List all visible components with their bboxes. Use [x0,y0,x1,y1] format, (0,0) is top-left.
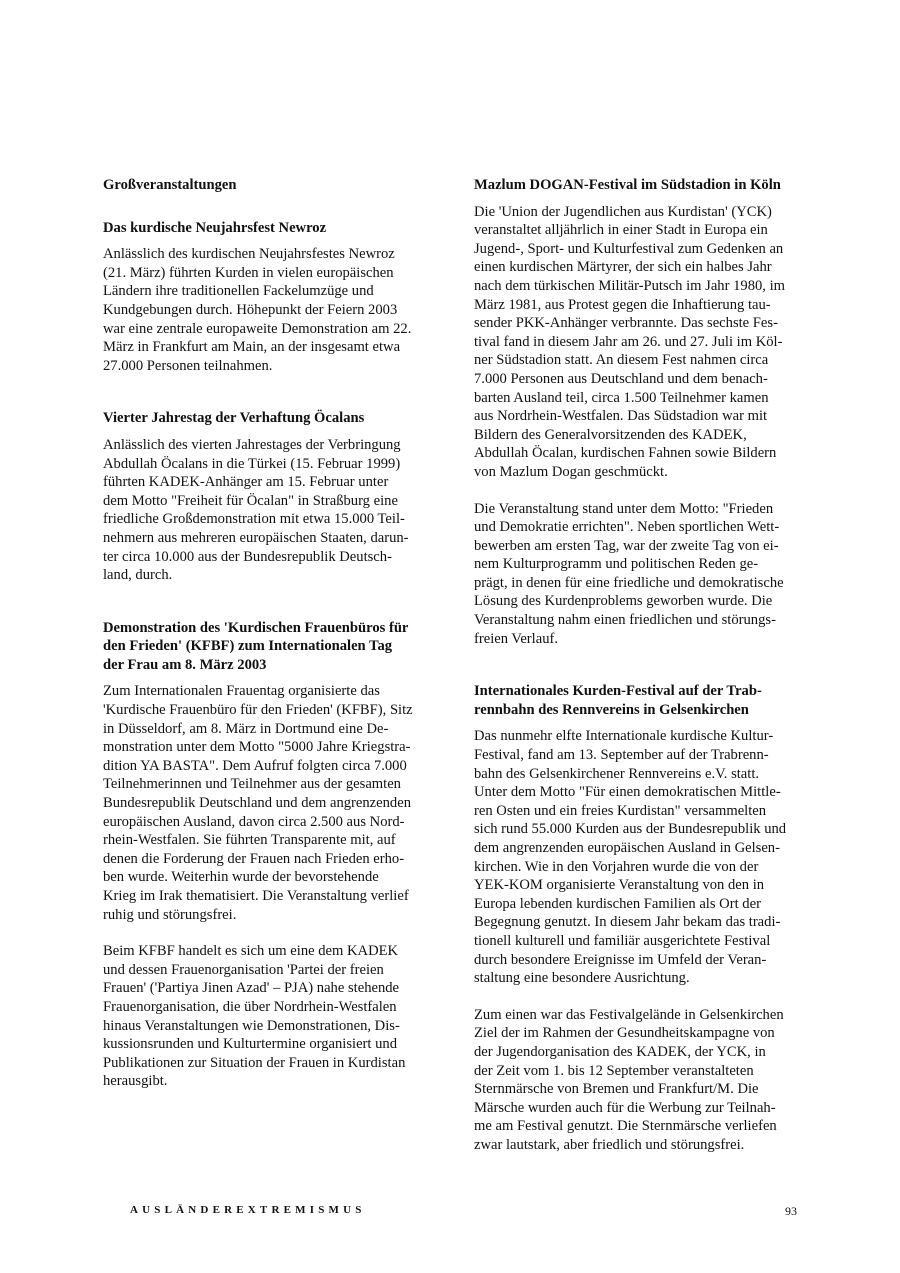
article-paragraph: Anlässlich des kurdischen Neujahrsfestes… [103,245,433,375]
text-line: Frauenorganisation, die über Nordrhein-W… [103,998,433,1017]
text-line: Abdullah Öcalans in die Türkei (15. Febr… [103,455,433,474]
text-line: ruhig und störungsfrei. [103,906,433,925]
article-gelsenkirchen-festival: Internationales Kurden-Festival auf der … [474,682,804,1154]
text-line: aus Nordrhein-Westfalen. Das Südstadion … [474,407,804,426]
text-line: der Frau am 8. März 2003 [103,656,433,675]
text-line: veranstaltet alljährlich in einer Stadt … [474,221,804,240]
article-paragraph: Das nunmehr elfte Internationale kurdisc… [474,727,804,987]
article-oecalan-anniversary: Vierter Jahrestag der Verhaftung Öcalans… [103,409,433,584]
text-line: durch besondere Ereignisse im Umfeld der… [474,951,804,970]
text-line: Publikationen zur Situation der Frauen i… [103,1054,433,1073]
text-line: bewerben am ersten Tag, war der zweite T… [474,537,804,556]
text-line: Krieg im Irak thematisiert. Die Veransta… [103,887,433,906]
article-paragraph: Zum Internationalen Frauentag organisier… [103,682,433,924]
text-line: denen die Forderung der Frauen nach Frie… [103,850,433,869]
text-line: Frauen' ('Partiya Jinen Azad' – PJA) nah… [103,979,433,998]
text-line: 7.000 Personen aus Deutschland und dem b… [474,370,804,389]
text-line: den Frieden' (KFBF) zum Internationalen … [103,637,433,656]
right-column: Mazlum DOGAN-Festival im Südstadion in K… [474,176,804,1155]
text-line: Bildern des Generalvorsitzenden des KADE… [474,426,804,445]
article-heading: Internationales Kurden-Festival auf der … [474,682,804,719]
article-heading: Demonstration des 'Kurdischen Frauenbüro… [103,619,433,675]
text-line: Veranstaltung nahm einen friedlichen und… [474,611,804,630]
text-line: Bundesrepublik Deutschland und dem angre… [103,794,433,813]
page-number: 93 [785,1204,797,1219]
article-newroz: Das kurdische Neujahrsfest Newroz Anläss… [103,219,433,376]
text-line: Das nunmehr elfte Internationale kurdisc… [474,727,804,746]
text-line: friedliche Großdemonstration mit etwa 15… [103,510,433,529]
text-line: Abdullah Öcalan, kurdischen Fahnen sowie… [474,444,804,463]
text-line: Anlässlich des kurdischen Neujahrsfestes… [103,245,433,264]
article-mazlum-dogan-festival: Mazlum DOGAN-Festival im Südstadion in K… [474,176,804,648]
article-paragraph: Beim KFBF handelt es sich um eine dem KA… [103,942,433,1091]
running-footer-title: AUSLÄNDEREXTREMISMUS [130,1204,366,1216]
article-heading: Mazlum DOGAN-Festival im Südstadion in K… [474,176,804,195]
text-line: sender PKK-Anhänger verbrannte. Das sech… [474,314,804,333]
text-line: in Düsseldorf, am 8. März in Dortmund ei… [103,720,433,739]
text-line: Teilnehmerinnen und Teilnehmer aus der g… [103,775,433,794]
article-kfbf-demonstration: Demonstration des 'Kurdischen Frauenbüro… [103,619,433,1091]
text-line: und dessen Frauenorganisation 'Partei de… [103,961,433,980]
text-line: kussionsrunden und Kulturtermine organis… [103,1035,433,1054]
text-line: zwar lautstark, aber friedlich und störu… [474,1136,804,1155]
section-title: Großveranstaltungen [103,176,433,195]
text-line: rennbahn des Rennvereins in Gelsenkirche… [474,701,804,720]
text-line: Kundgebungen durch. Höhepunkt der Feiern… [103,301,433,320]
text-line: 27.000 Personen teilnahmen. [103,357,433,376]
text-line: Ziel der im Rahmen der Gesundheitskampag… [474,1024,804,1043]
article-paragraph: Anlässlich des vierten Jahrestages der V… [103,436,433,585]
text-line: Anlässlich des vierten Jahrestages der V… [103,436,433,455]
text-line: me am Festival genutzt. Die Sternmärsche… [474,1117,804,1136]
text-line: Internationales Kurden-Festival auf der … [474,682,804,701]
text-line: März in Frankfurt am Main, an der insges… [103,338,433,357]
text-line: tival fand in diesem Jahr am 26. und 27.… [474,333,804,352]
text-line: bahn des Gelsenkirchener Rennvereins e.V… [474,765,804,784]
text-line: führten KADEK-Anhänger am 15. Februar un… [103,473,433,492]
text-line: Lösung des Kurdenproblems geworben wurde… [474,592,804,611]
text-line: hinaus Veranstaltungen wie Demonstration… [103,1017,433,1036]
left-column: Großveranstaltungen Das kurdische Neujah… [103,176,433,1091]
text-line: Festival, fand am 13. September auf der … [474,746,804,765]
text-line: März 1981, aus Protest gegen die Inhafti… [474,296,804,315]
text-line: Märsche wurden auch für die Werbung zur … [474,1099,804,1118]
text-line: Sternmärsche von Bremen und Frankfurt/M.… [474,1080,804,1099]
text-line: und Demokratie errichten". Neben sportli… [474,518,804,537]
text-line: 'Kurdische Frauenbüro für den Frieden' (… [103,701,433,720]
text-line: barten Ausland teil, circa 1.500 Teilneh… [474,389,804,408]
text-line: europäischen Ausland, davon circa 2.500 … [103,813,433,832]
text-line: ter circa 10.000 aus der Bundesrepublik … [103,548,433,567]
text-line: YEK-KOM organisierte Veranstaltung von d… [474,876,804,895]
text-line: land, durch. [103,566,433,585]
text-line: nehmern aus mehreren europäischen Staate… [103,529,433,548]
article-heading: Das kurdische Neujahrsfest Newroz [103,219,433,238]
text-line: Zum Internationalen Frauentag organisier… [103,682,433,701]
text-line: Zum einen war das Festivalgelände in Gel… [474,1006,804,1025]
text-line: prägt, in denen für eine friedliche und … [474,574,804,593]
text-line: Unter dem Motto "Für einen demokratische… [474,783,804,802]
text-line: (21. März) führten Kurden in vielen euro… [103,264,433,283]
text-line: staltung eine besondere Ausrichtung. [474,969,804,988]
text-line: dem Motto "Freiheit für Öcalan" in Straß… [103,492,433,511]
text-line: freien Verlauf. [474,630,804,649]
text-line: Europa lebenden kurdischen Familien als … [474,895,804,914]
article-paragraph: Zum einen war das Festivalgelände in Gel… [474,1006,804,1155]
text-line: ren Osten und ein freies Kurdistan" vers… [474,802,804,821]
text-line: der Jugendorganisation des KADEK, der YC… [474,1043,804,1062]
text-line: Ländern ihre traditionellen Fackelumzüge… [103,282,433,301]
text-line: ner Südstadion statt. An diesem Fest nah… [474,351,804,370]
text-line: herausgibt. [103,1072,433,1091]
text-line: monstration unter dem Motto "5000 Jahre … [103,738,433,757]
article-heading: Vierter Jahrestag der Verhaftung Öcalans [103,409,433,428]
text-line: war eine zentrale europaweite Demonstrat… [103,320,433,339]
text-line: einen kurdischen Märtyrer, der sich ein … [474,258,804,277]
text-line: nem Kulturprogramm und politischen Reden… [474,555,804,574]
article-paragraph: Die 'Union der Jugendlichen aus Kurdista… [474,203,804,482]
text-line: Jugend-, Sport- und Kulturfestival zum G… [474,240,804,259]
text-line: ben wurde. Weiterhin wurde der bevorsteh… [103,868,433,887]
text-line: nach dem türkischen Militär-Putsch im Ja… [474,277,804,296]
text-line: kirchen. Wie in den Vorjahren wurde die … [474,858,804,877]
text-line: Die 'Union der Jugendlichen aus Kurdista… [474,203,804,222]
text-line: Beim KFBF handelt es sich um eine dem KA… [103,942,433,961]
text-line: tionell kulturell und familiär ausgerich… [474,932,804,951]
text-line: dem angrenzenden europäischen Ausland in… [474,839,804,858]
text-line: rhein-Westfalen. Sie führten Transparent… [103,831,433,850]
article-paragraph: Die Veranstaltung stand unter dem Motto:… [474,500,804,649]
text-line: der Zeit vom 1. bis 12 September veranst… [474,1062,804,1081]
text-line: sich rund 55.000 Kurden aus der Bundesre… [474,820,804,839]
text-line: Begegnung genutzt. In diesem Jahr bekam … [474,913,804,932]
text-line: von Mazlum Dogan geschmückt. [474,463,804,482]
text-line: Demonstration des 'Kurdischen Frauenbüro… [103,619,433,638]
text-line: Die Veranstaltung stand unter dem Motto:… [474,500,804,519]
text-line: dition YA BASTA". Dem Aufruf folgten cir… [103,757,433,776]
